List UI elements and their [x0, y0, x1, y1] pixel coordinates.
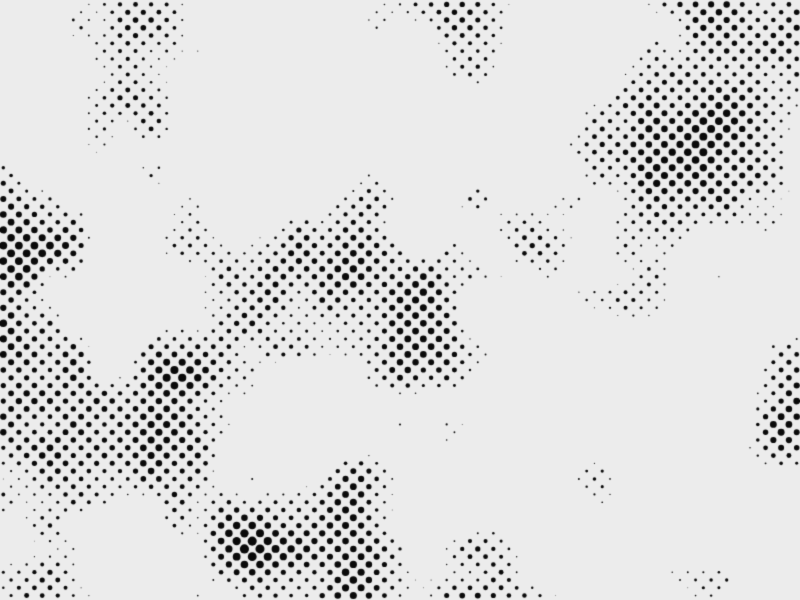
- halftone-image: [0, 0, 800, 600]
